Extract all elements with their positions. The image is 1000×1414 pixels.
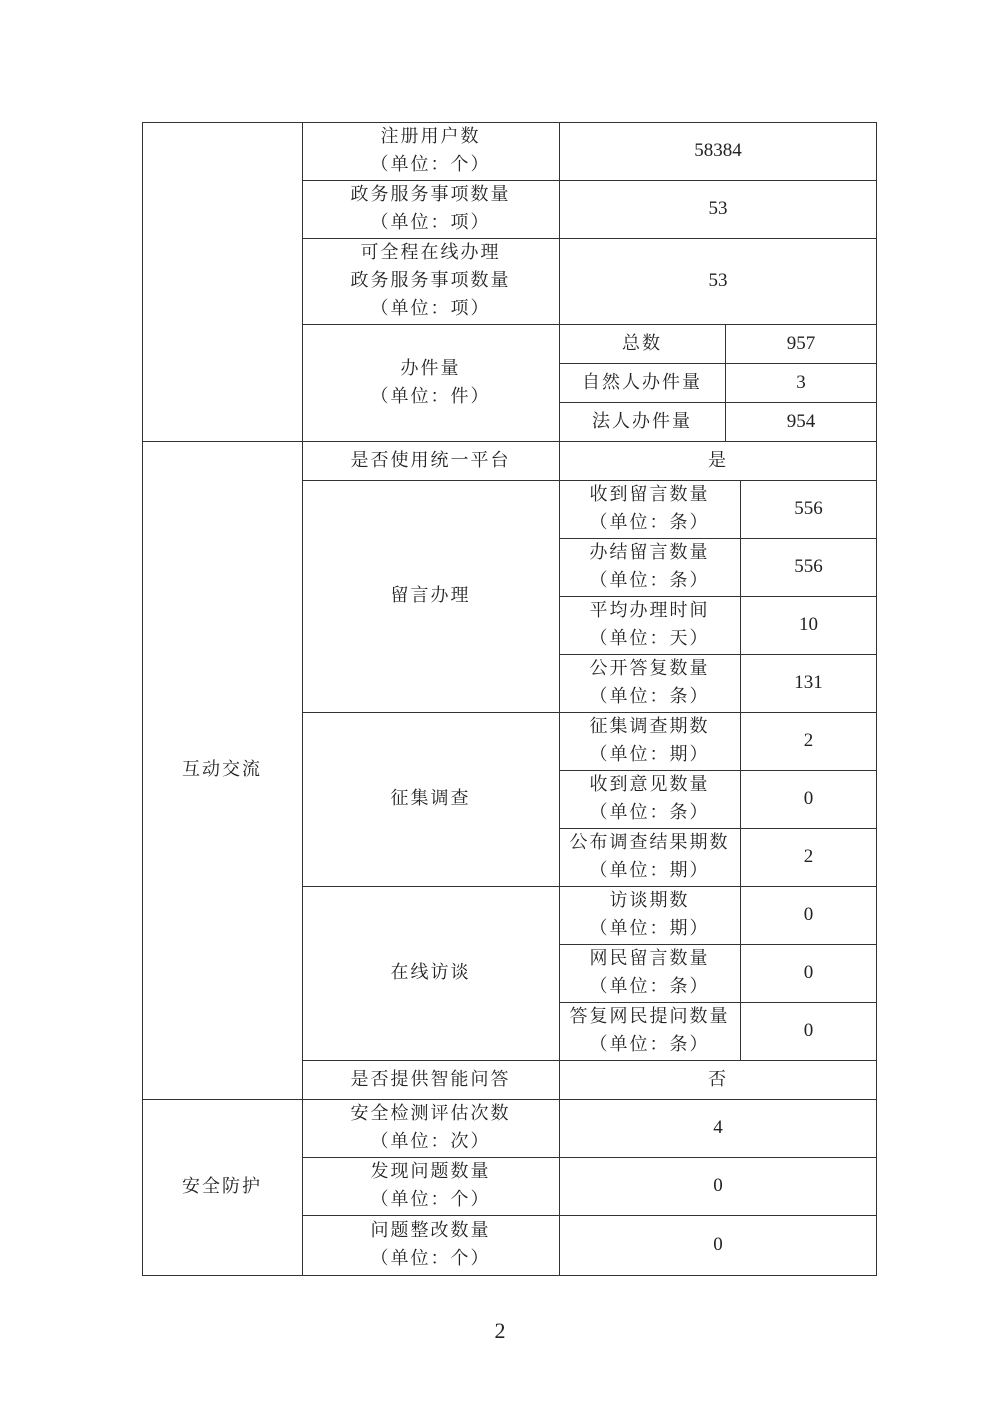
table-border-bottom — [142, 1275, 877, 1276]
security-checks-value: 4 — [559, 1099, 877, 1157]
avg-handling-time-label: 平均办理时间 （单位：天） — [559, 596, 740, 654]
label-text: 办件量 — [401, 355, 461, 383]
registered-users-value: 58384 — [559, 122, 877, 180]
opinions-received-label: 收到意见数量 （单位：条） — [559, 770, 740, 828]
security-checks-label: 安全检测评估次数 （单位：次） — [302, 1099, 559, 1157]
label-text: 问题整改数量 — [371, 1217, 491, 1245]
cases-natural-person-label: 自然人办件量 — [559, 363, 725, 402]
page-number: 2 — [0, 1318, 1000, 1344]
unit-text: （单位：个） — [371, 1186, 491, 1214]
label-text: 公开答复数量 — [590, 655, 710, 683]
unit-text: （单位：个） — [371, 1245, 491, 1273]
unit-text: （单位：件） — [371, 383, 491, 411]
unit-text: （单位：期） — [590, 915, 710, 943]
issues-found-value: 0 — [559, 1157, 877, 1215]
unit-text: （单位：个） — [371, 151, 491, 179]
cases-legal-person-value: 954 — [725, 402, 877, 441]
unit-text: （单位：期） — [590, 857, 710, 885]
unified-platform-value: 是 — [559, 441, 877, 480]
cases-legal-person-label: 法人办件量 — [559, 402, 725, 441]
issues-fixed-value: 0 — [559, 1215, 877, 1275]
netizen-messages-label: 网民留言数量 （单位：条） — [559, 944, 740, 1002]
netizen-replies-value: 0 — [740, 1002, 877, 1060]
survey-results-label: 公布调查结果期数 （单位：期） — [559, 828, 740, 886]
unit-text: （单位：条） — [590, 683, 710, 711]
issues-found-label: 发现问题数量 （单位：个） — [302, 1157, 559, 1215]
label-text: 访谈期数 — [610, 887, 690, 915]
public-replies-label: 公开答复数量 （单位：条） — [559, 654, 740, 712]
smart-qa-value: 否 — [559, 1060, 877, 1099]
label-text: 政务服务事项数量 — [351, 267, 511, 295]
online-items-value: 53 — [559, 238, 877, 324]
unit-text: （单位：期） — [590, 741, 710, 769]
online-items-label: 可全程在线办理 政务服务事项数量 （单位：项） — [302, 238, 559, 324]
section-interaction-label: 互动交流 — [142, 441, 302, 1099]
unit-text: （单位：条） — [590, 973, 710, 1001]
public-replies-value: 131 — [740, 654, 877, 712]
cases-total-value: 957 — [725, 324, 877, 363]
issues-fixed-label: 问题整改数量 （单位：个） — [302, 1215, 559, 1275]
registered-users-label: 注册用户数 （单位：个） — [302, 122, 559, 180]
unit-text: （单位：条） — [590, 1031, 710, 1059]
service-items-value: 53 — [559, 180, 877, 238]
document-page: 注册用户数 （单位：个） 58384 政务服务事项数量 （单位：项） 53 可全… — [0, 0, 1000, 1414]
label-text: 答复网民提问数量 — [570, 1003, 730, 1031]
netizen-replies-label: 答复网民提问数量 （单位：条） — [559, 1002, 740, 1060]
unified-platform-label: 是否使用统一平台 — [302, 441, 559, 480]
unit-text: （单位：次） — [371, 1128, 491, 1156]
cases-label: 办件量 （单位：件） — [302, 324, 559, 441]
unit-text: （单位：条） — [590, 567, 710, 595]
cases-natural-person-value: 3 — [725, 363, 877, 402]
label-text: 公布调查结果期数 — [570, 829, 730, 857]
label-text: 安全检测评估次数 — [351, 1100, 511, 1128]
interview-periods-label: 访谈期数 （单位：期） — [559, 886, 740, 944]
messages-closed-label: 办结留言数量 （单位：条） — [559, 538, 740, 596]
label-text: 平均办理时间 — [590, 597, 710, 625]
label-text: 收到留言数量 — [590, 481, 710, 509]
smart-qa-label: 是否提供智能问答 — [302, 1060, 559, 1099]
section-service-label — [142, 122, 302, 441]
label-text: 政务服务事项数量 — [351, 181, 511, 209]
netizen-messages-value: 0 — [740, 944, 877, 1002]
opinions-received-value: 0 — [740, 770, 877, 828]
service-items-label: 政务服务事项数量 （单位：项） — [302, 180, 559, 238]
label-text: 办结留言数量 — [590, 539, 710, 567]
interview-periods-value: 0 — [740, 886, 877, 944]
survey-label: 征集调查 — [302, 712, 559, 886]
unit-text: （单位：天） — [590, 625, 710, 653]
survey-periods-label: 征集调查期数 （单位：期） — [559, 712, 740, 770]
survey-periods-value: 2 — [740, 712, 877, 770]
messages-label: 留言办理 — [302, 480, 559, 712]
cases-total-label: 总数 — [559, 324, 725, 363]
interview-label: 在线访谈 — [302, 886, 559, 1060]
label-text: 可全程在线办理 — [361, 239, 501, 267]
unit-text: （单位：条） — [590, 509, 710, 537]
messages-received-value: 556 — [740, 480, 877, 538]
unit-text: （单位：项） — [371, 209, 491, 237]
survey-results-value: 2 — [740, 828, 877, 886]
label-text: 网民留言数量 — [590, 945, 710, 973]
messages-received-label: 收到留言数量 （单位：条） — [559, 480, 740, 538]
section-security-label: 安全防护 — [142, 1099, 302, 1275]
messages-closed-value: 556 — [740, 538, 877, 596]
avg-handling-time-value: 10 — [740, 596, 877, 654]
label-text: 征集调查期数 — [590, 713, 710, 741]
unit-text: （单位：项） — [371, 295, 491, 323]
label-text: 注册用户数 — [381, 123, 481, 151]
label-text: 发现问题数量 — [371, 1158, 491, 1186]
unit-text: （单位：条） — [590, 799, 710, 827]
label-text: 收到意见数量 — [590, 771, 710, 799]
